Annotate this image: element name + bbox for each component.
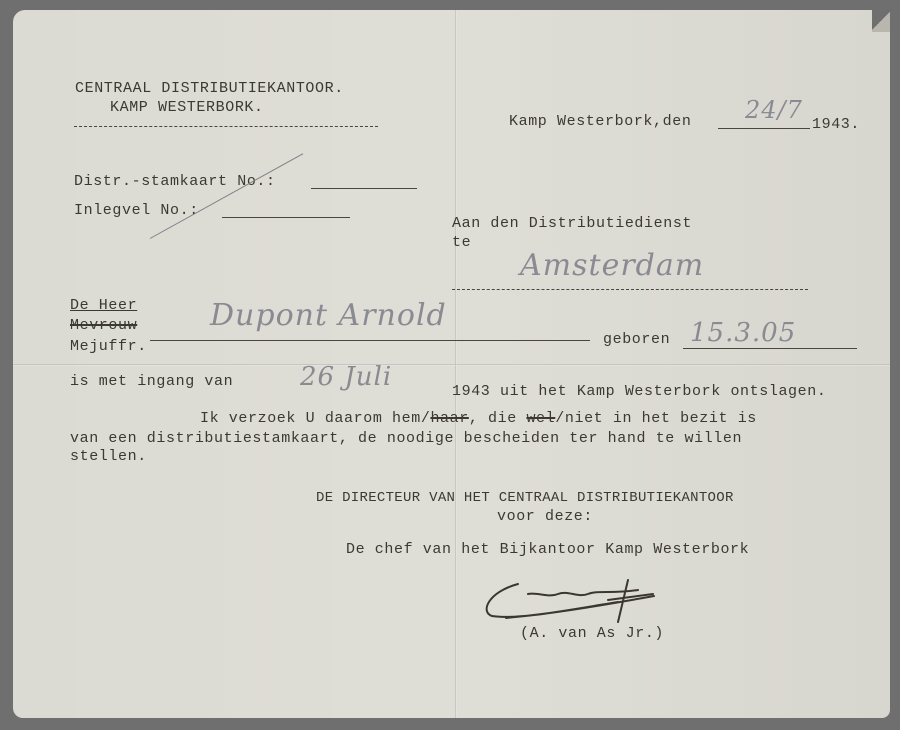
- salutation-heer: De Heer: [70, 297, 137, 315]
- date-prefix: Kamp Westerbork,den: [509, 113, 691, 131]
- para-text-b: , die: [469, 410, 527, 427]
- para-text-c: /niet in het bezit is: [555, 410, 757, 427]
- header-rule: [74, 126, 378, 127]
- stamkaart-label: Distr.-stamkaart No.:: [74, 173, 276, 191]
- handwritten-release-date: 26 Juli: [300, 362, 392, 392]
- signature-title: DE DIRECTEUR VAN HET CENTRAAL DISTRIBUTI…: [316, 489, 734, 507]
- signature-voor-deze: voor deze:: [497, 508, 593, 526]
- recipient-line1: Aan den Distributiedienst: [452, 215, 692, 233]
- salutation-mevrouw: Mevrouw: [70, 317, 137, 335]
- handwritten-city: Amsterdam: [520, 248, 704, 283]
- signature-scribble: [478, 572, 678, 632]
- date-year: 1943.: [812, 116, 860, 134]
- born-label: geboren: [603, 331, 670, 349]
- name-rule: [150, 340, 590, 341]
- struck-haar: haar: [430, 410, 468, 427]
- release-prefix: is met ingang van: [70, 373, 233, 391]
- paragraph-line1: Ik verzoek U daarom hem/haar, die wel/ni…: [200, 410, 757, 428]
- inlegvel-label: Inlegvel No.:: [74, 202, 199, 220]
- header-office: CENTRAAL DISTRIBUTIEKANTOOR.: [75, 80, 344, 98]
- struck-wel: wel: [526, 410, 555, 427]
- recipient-line2: te: [452, 234, 471, 252]
- city-rule: [452, 289, 808, 290]
- header-camp: KAMP WESTERBORK.: [110, 99, 264, 117]
- paragraph-line3: stellen.: [70, 448, 147, 466]
- para-text-a: Ik verzoek U daarom hem/: [200, 410, 430, 427]
- folded-corner: [872, 10, 890, 32]
- handwritten-name: Dupont Arnold: [210, 298, 447, 333]
- release-suffix: 1943 uit het Kamp Westerbork ontslagen.: [452, 383, 826, 401]
- handwritten-date: 24/7: [745, 96, 803, 124]
- signatory-name: (A. van As Jr.): [520, 625, 664, 643]
- inlegvel-field[interactable]: [222, 217, 350, 218]
- paragraph-line2: van een distributiestamkaart, de noodige…: [70, 430, 742, 448]
- signature-chef: De chef van het Bijkantoor Kamp Westerbo…: [346, 541, 749, 559]
- salutation-mejuffr: Mejuffr.: [70, 338, 147, 356]
- stamkaart-field[interactable]: [311, 188, 417, 189]
- birthdate-rule: [683, 348, 857, 349]
- handwritten-birthdate: 15.3.05: [690, 318, 796, 348]
- date-rule: [718, 128, 810, 129]
- fold-line-horizontal: [13, 364, 890, 366]
